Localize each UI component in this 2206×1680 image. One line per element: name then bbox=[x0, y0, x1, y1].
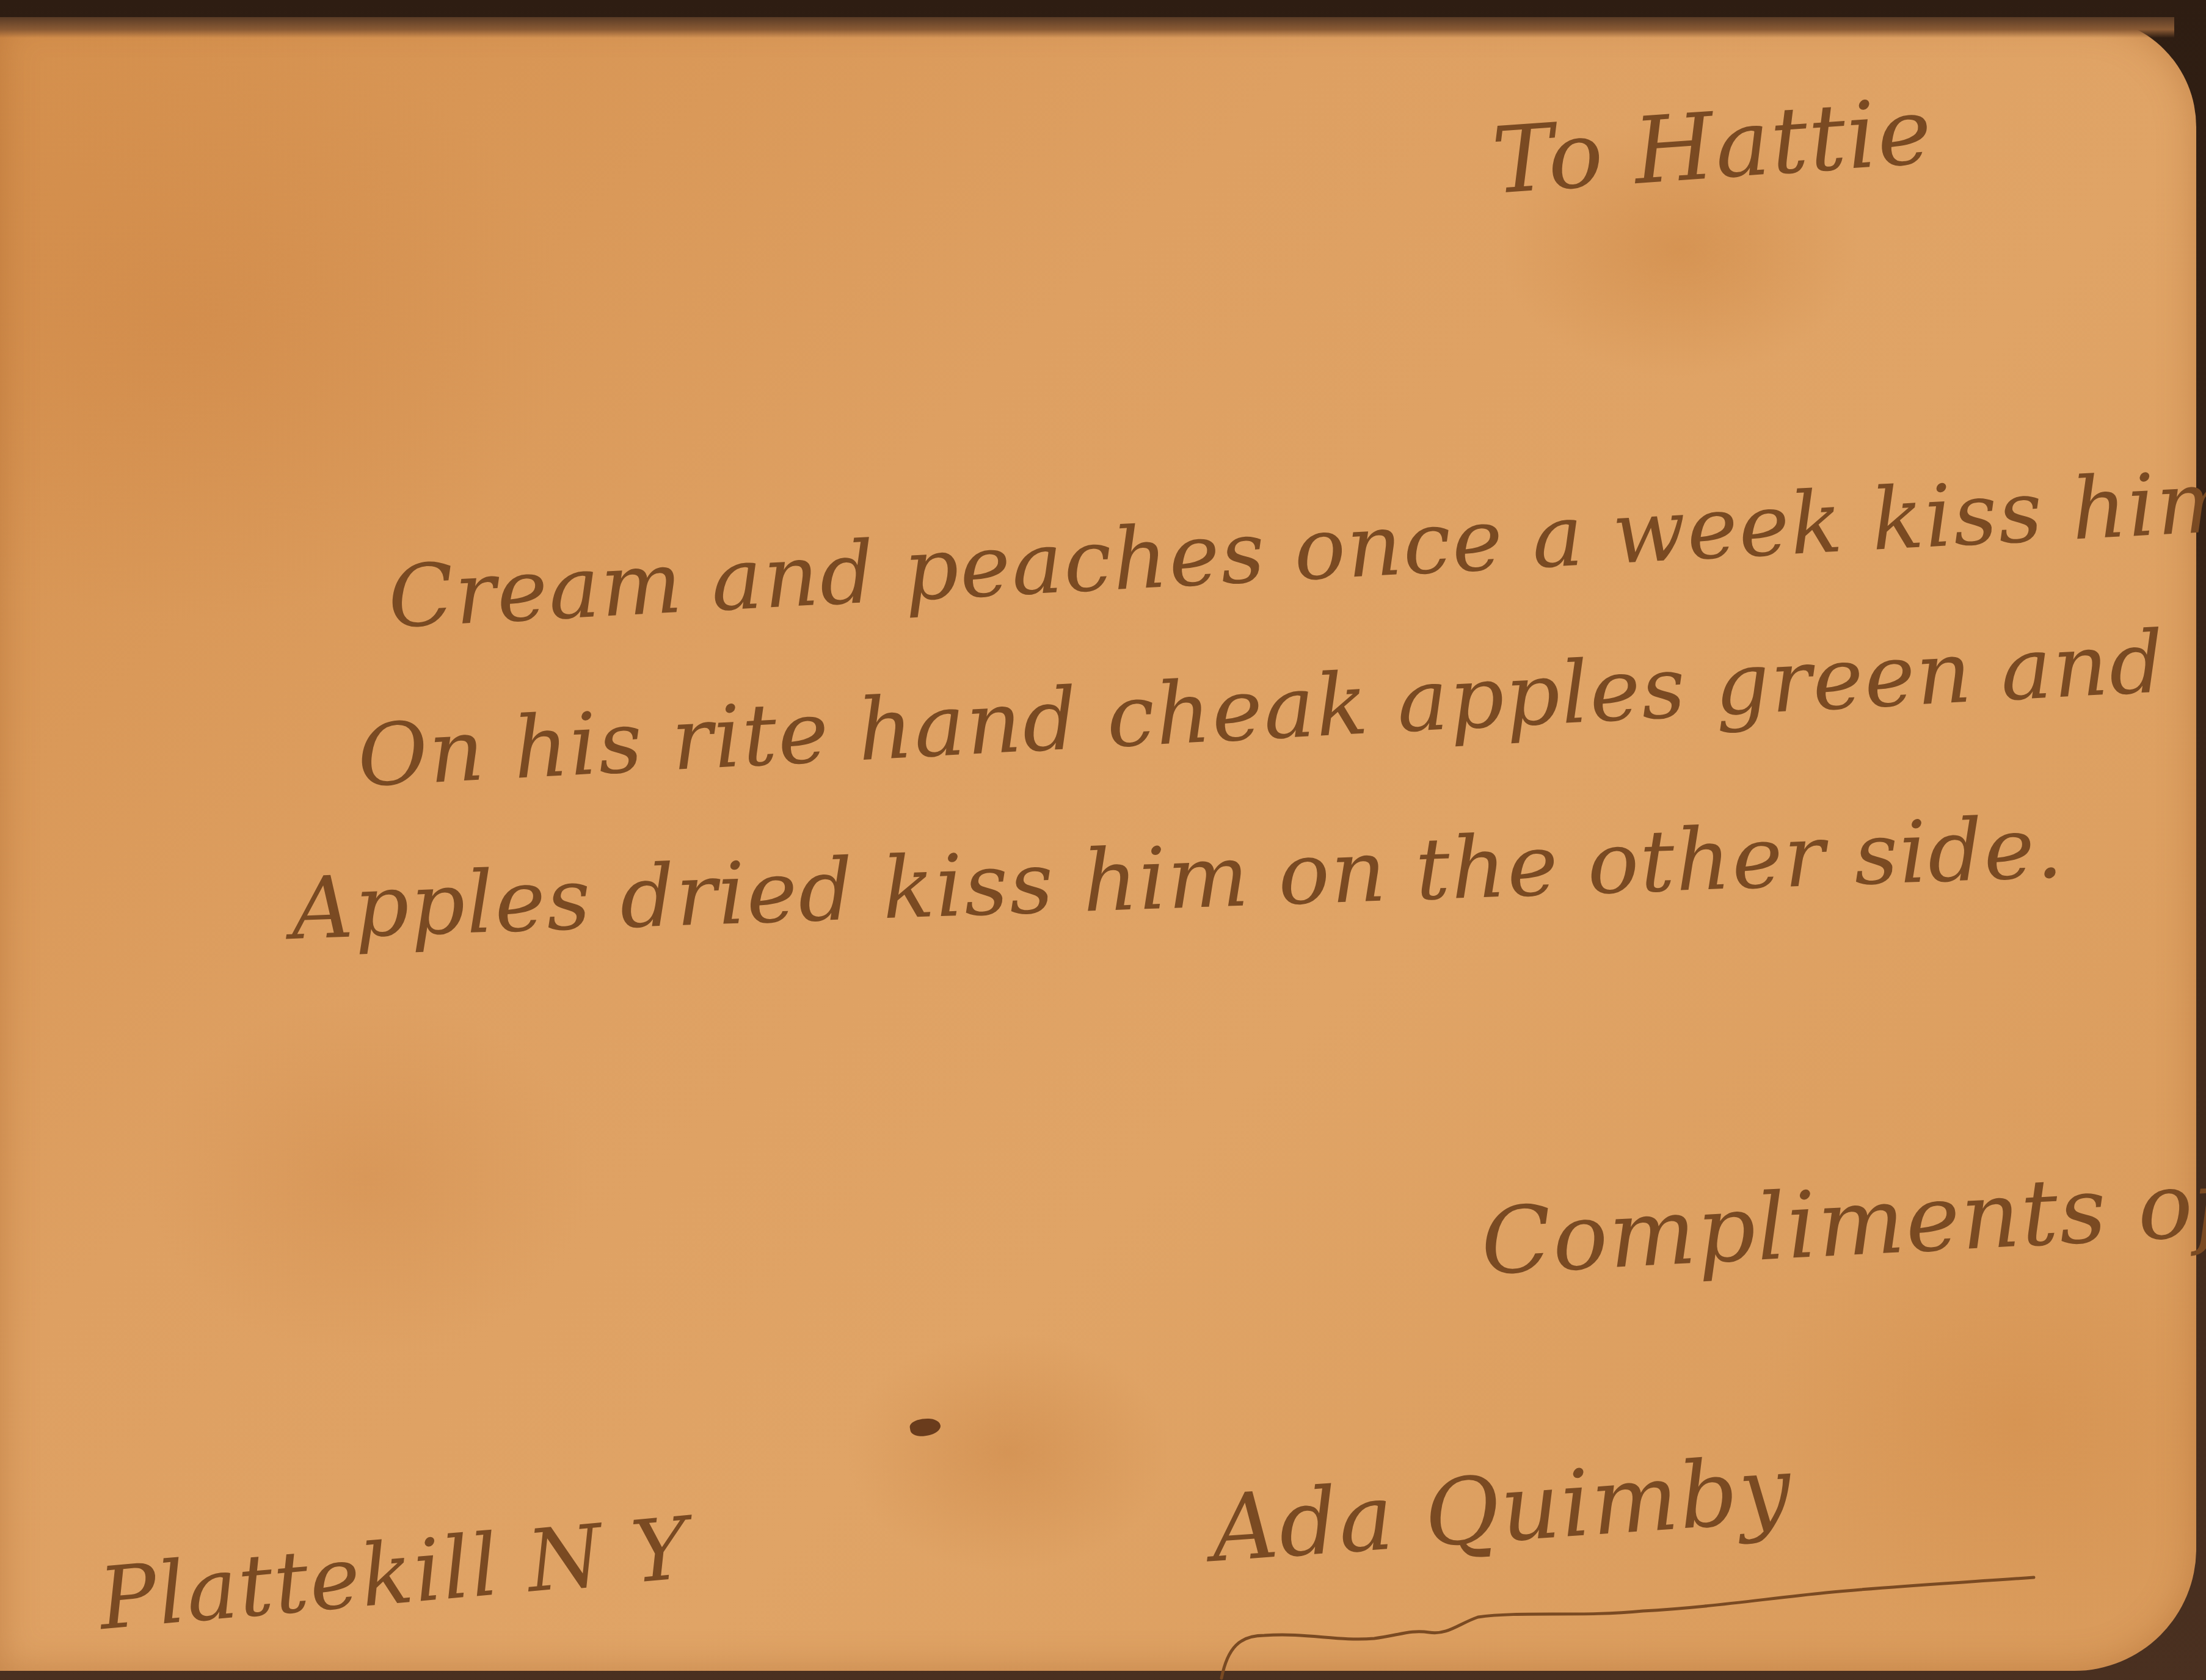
signature-text: Ada Quimby bbox=[1208, 1436, 1796, 1583]
album-page: To Hattie Cream and peaches once a week … bbox=[0, 17, 2196, 1671]
signature-flourish bbox=[1215, 1574, 2040, 1680]
place-text: Plattekill N Y bbox=[95, 1499, 693, 1649]
page-top-edge bbox=[0, 17, 2174, 38]
closing-text: Compliments of bbox=[1479, 1151, 2206, 1296]
ink-blot bbox=[909, 1416, 942, 1438]
verse-line-2: On his rite hand cheak apples green and bbox=[355, 613, 2168, 807]
album-photo: To Hattie Cream and peaches once a week … bbox=[0, 0, 2206, 1680]
verse-line-1: Cream and peaches once a week kiss him bbox=[385, 451, 2206, 648]
verse-line-3: Apples dried kiss him on the other side. bbox=[289, 798, 2066, 959]
dedication-text: To Hattie bbox=[1489, 78, 1936, 215]
